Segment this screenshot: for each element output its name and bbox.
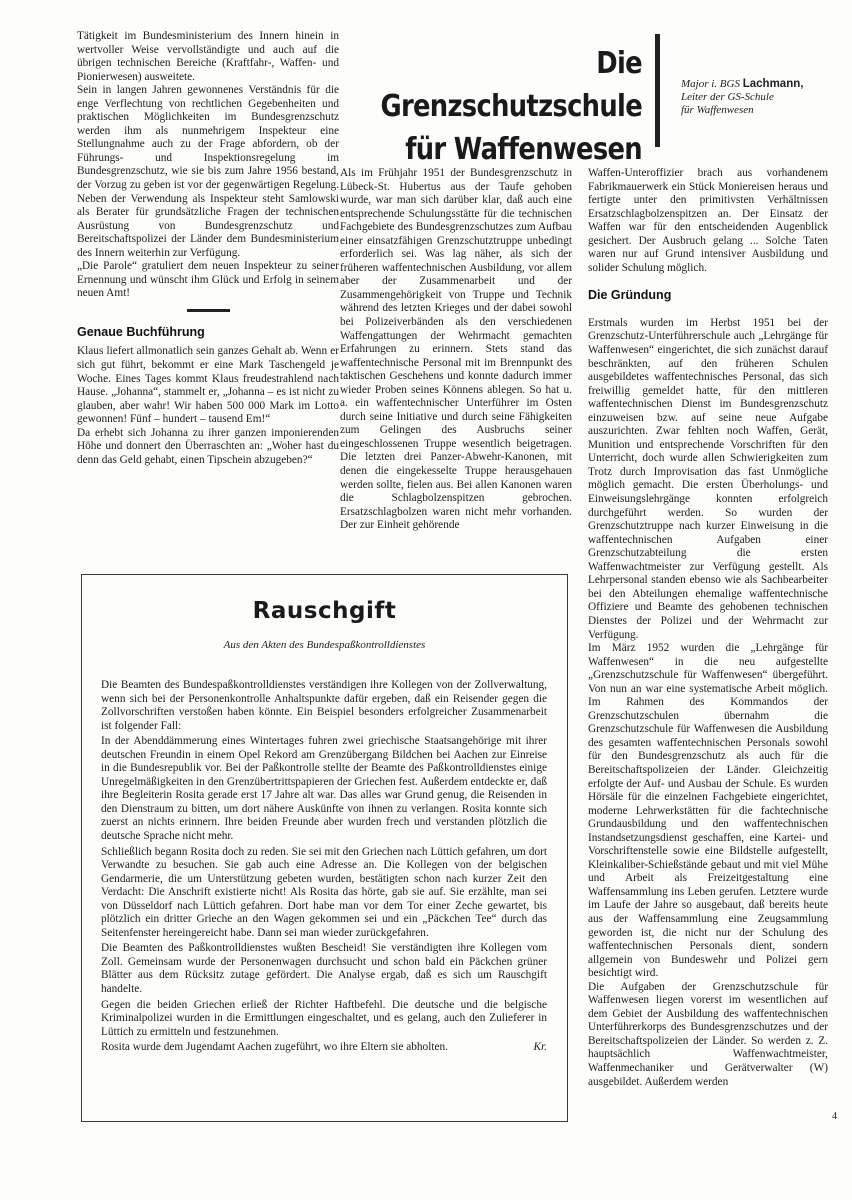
left-paragraph: Sein in langen Jahren gewonnenes Verstän… bbox=[77, 84, 339, 260]
section-divider bbox=[187, 309, 230, 312]
anecdote-paragraph: Da erhebt sich Johanna zu ihrer ganzen i… bbox=[77, 427, 339, 468]
vertical-rule bbox=[655, 34, 660, 147]
author-rank: Major i. BGS bbox=[681, 78, 740, 90]
page-number: 4 bbox=[832, 1111, 837, 1122]
byline: Major i. BGS Lachmann, Leiter der GS-Sch… bbox=[681, 78, 851, 117]
middle-column: Als im Frühjahr 1951 der Bundesgrenzschu… bbox=[340, 167, 572, 533]
section-heading: Die Gründung bbox=[588, 289, 828, 303]
box-title: Rauschgift bbox=[82, 598, 567, 624]
anecdote-paragraph: Klaus liefert allmonatlich sein ganzes G… bbox=[77, 345, 339, 426]
box-paragraph: Gegen die beiden Griechen erließ der Ric… bbox=[101, 999, 547, 1040]
headline-line: Die Grenzschutzschule bbox=[375, 42, 642, 128]
author-role: Leiter der GS-Schule bbox=[681, 91, 851, 104]
box-subtitle: Aus den Akten des Bundespaßkontrolldiens… bbox=[82, 639, 567, 651]
article-paragraph: Waffen-Unteroffizier brach aus vorhanden… bbox=[588, 167, 828, 275]
left-column: Tätigkeit im Bundesministerium des Inner… bbox=[77, 30, 339, 467]
article-paragraph: Erstmals wurden im Herbst 1951 bei der G… bbox=[588, 317, 828, 642]
right-column: Waffen-Unteroffizier brach aus vorhanden… bbox=[588, 167, 828, 1089]
author-name: Lachmann, bbox=[743, 78, 804, 90]
box-paragraph: Schließlich begann Rosita doch zu reden.… bbox=[101, 846, 547, 941]
box-closing-line: Rosita wurde dem Jugendamt Aachen zugefü… bbox=[101, 1041, 448, 1055]
article-paragraph: Als im Frühjahr 1951 der Bundesgrenzschu… bbox=[340, 167, 572, 533]
box-paragraph: Die Beamten des Bundespaßkontrolldienste… bbox=[101, 679, 547, 733]
headline-line: für Waffenwesen bbox=[375, 128, 642, 171]
anecdote-heading: Genaue Buchführung bbox=[77, 326, 339, 340]
box-signature: Kr. bbox=[533, 1041, 547, 1055]
box-body: Die Beamten des Bundespaßkontrolldienste… bbox=[101, 679, 547, 1057]
left-paragraph: Tätigkeit im Bundesministerium des Inner… bbox=[77, 30, 339, 84]
article-paragraph: Die Aufgaben der Grenzschutzschule für W… bbox=[588, 981, 828, 1089]
article-paragraph: Im März 1952 wurden die „Lehrgänge für W… bbox=[588, 642, 828, 981]
author-role: für Waffenwesen bbox=[681, 104, 851, 117]
rauschgift-box: Rauschgift Aus den Akten des Bundespaßko… bbox=[81, 574, 568, 1122]
left-paragraph: „Die Parole“ gratuliert dem neuen Inspek… bbox=[77, 260, 339, 301]
box-paragraph: Die Beamten des Paßkontrolldienstes wußt… bbox=[101, 942, 547, 996]
box-paragraph: In der Abenddämmerung eines Wintertages … bbox=[101, 735, 547, 843]
box-closing: Rosita wurde dem Jugendamt Aachen zugefü… bbox=[101, 1041, 547, 1055]
article-headline: Die Grenzschutzschule für Waffenwesen bbox=[375, 42, 642, 171]
